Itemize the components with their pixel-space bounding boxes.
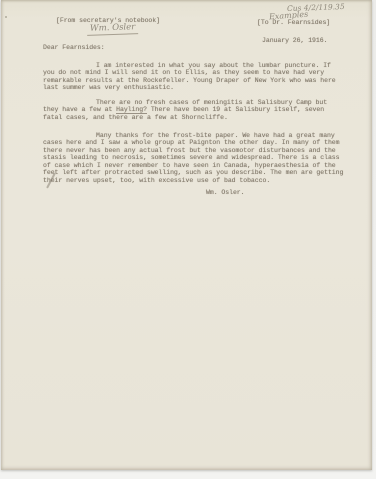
- body-paragraph-3: Many thanks for the frost-bite paper. We…: [43, 132, 346, 185]
- handwritten-author-name: Wm. Osler: [87, 22, 139, 36]
- salutation: Dear Fearnsides:: [43, 44, 105, 52]
- letter-paper: Cus 4/2/119.35 Examples [From secretary'…: [1, 0, 372, 470]
- letter-date: January 26, 1916.: [262, 37, 327, 45]
- to-annotation: [To Dr. Fearnsides]: [257, 19, 330, 27]
- typed-signature: Wm. Osler.: [206, 189, 245, 197]
- scanned-letter-page: Cus 4/2/119.35 Examples [From secretary'…: [0, 0, 376, 479]
- body-paragraph-1: I am interested in what you say about th…: [43, 62, 346, 92]
- body-paragraph-2: There are no fresh cases of meningitis a…: [43, 99, 346, 122]
- paper-speck: [5, 16, 7, 18]
